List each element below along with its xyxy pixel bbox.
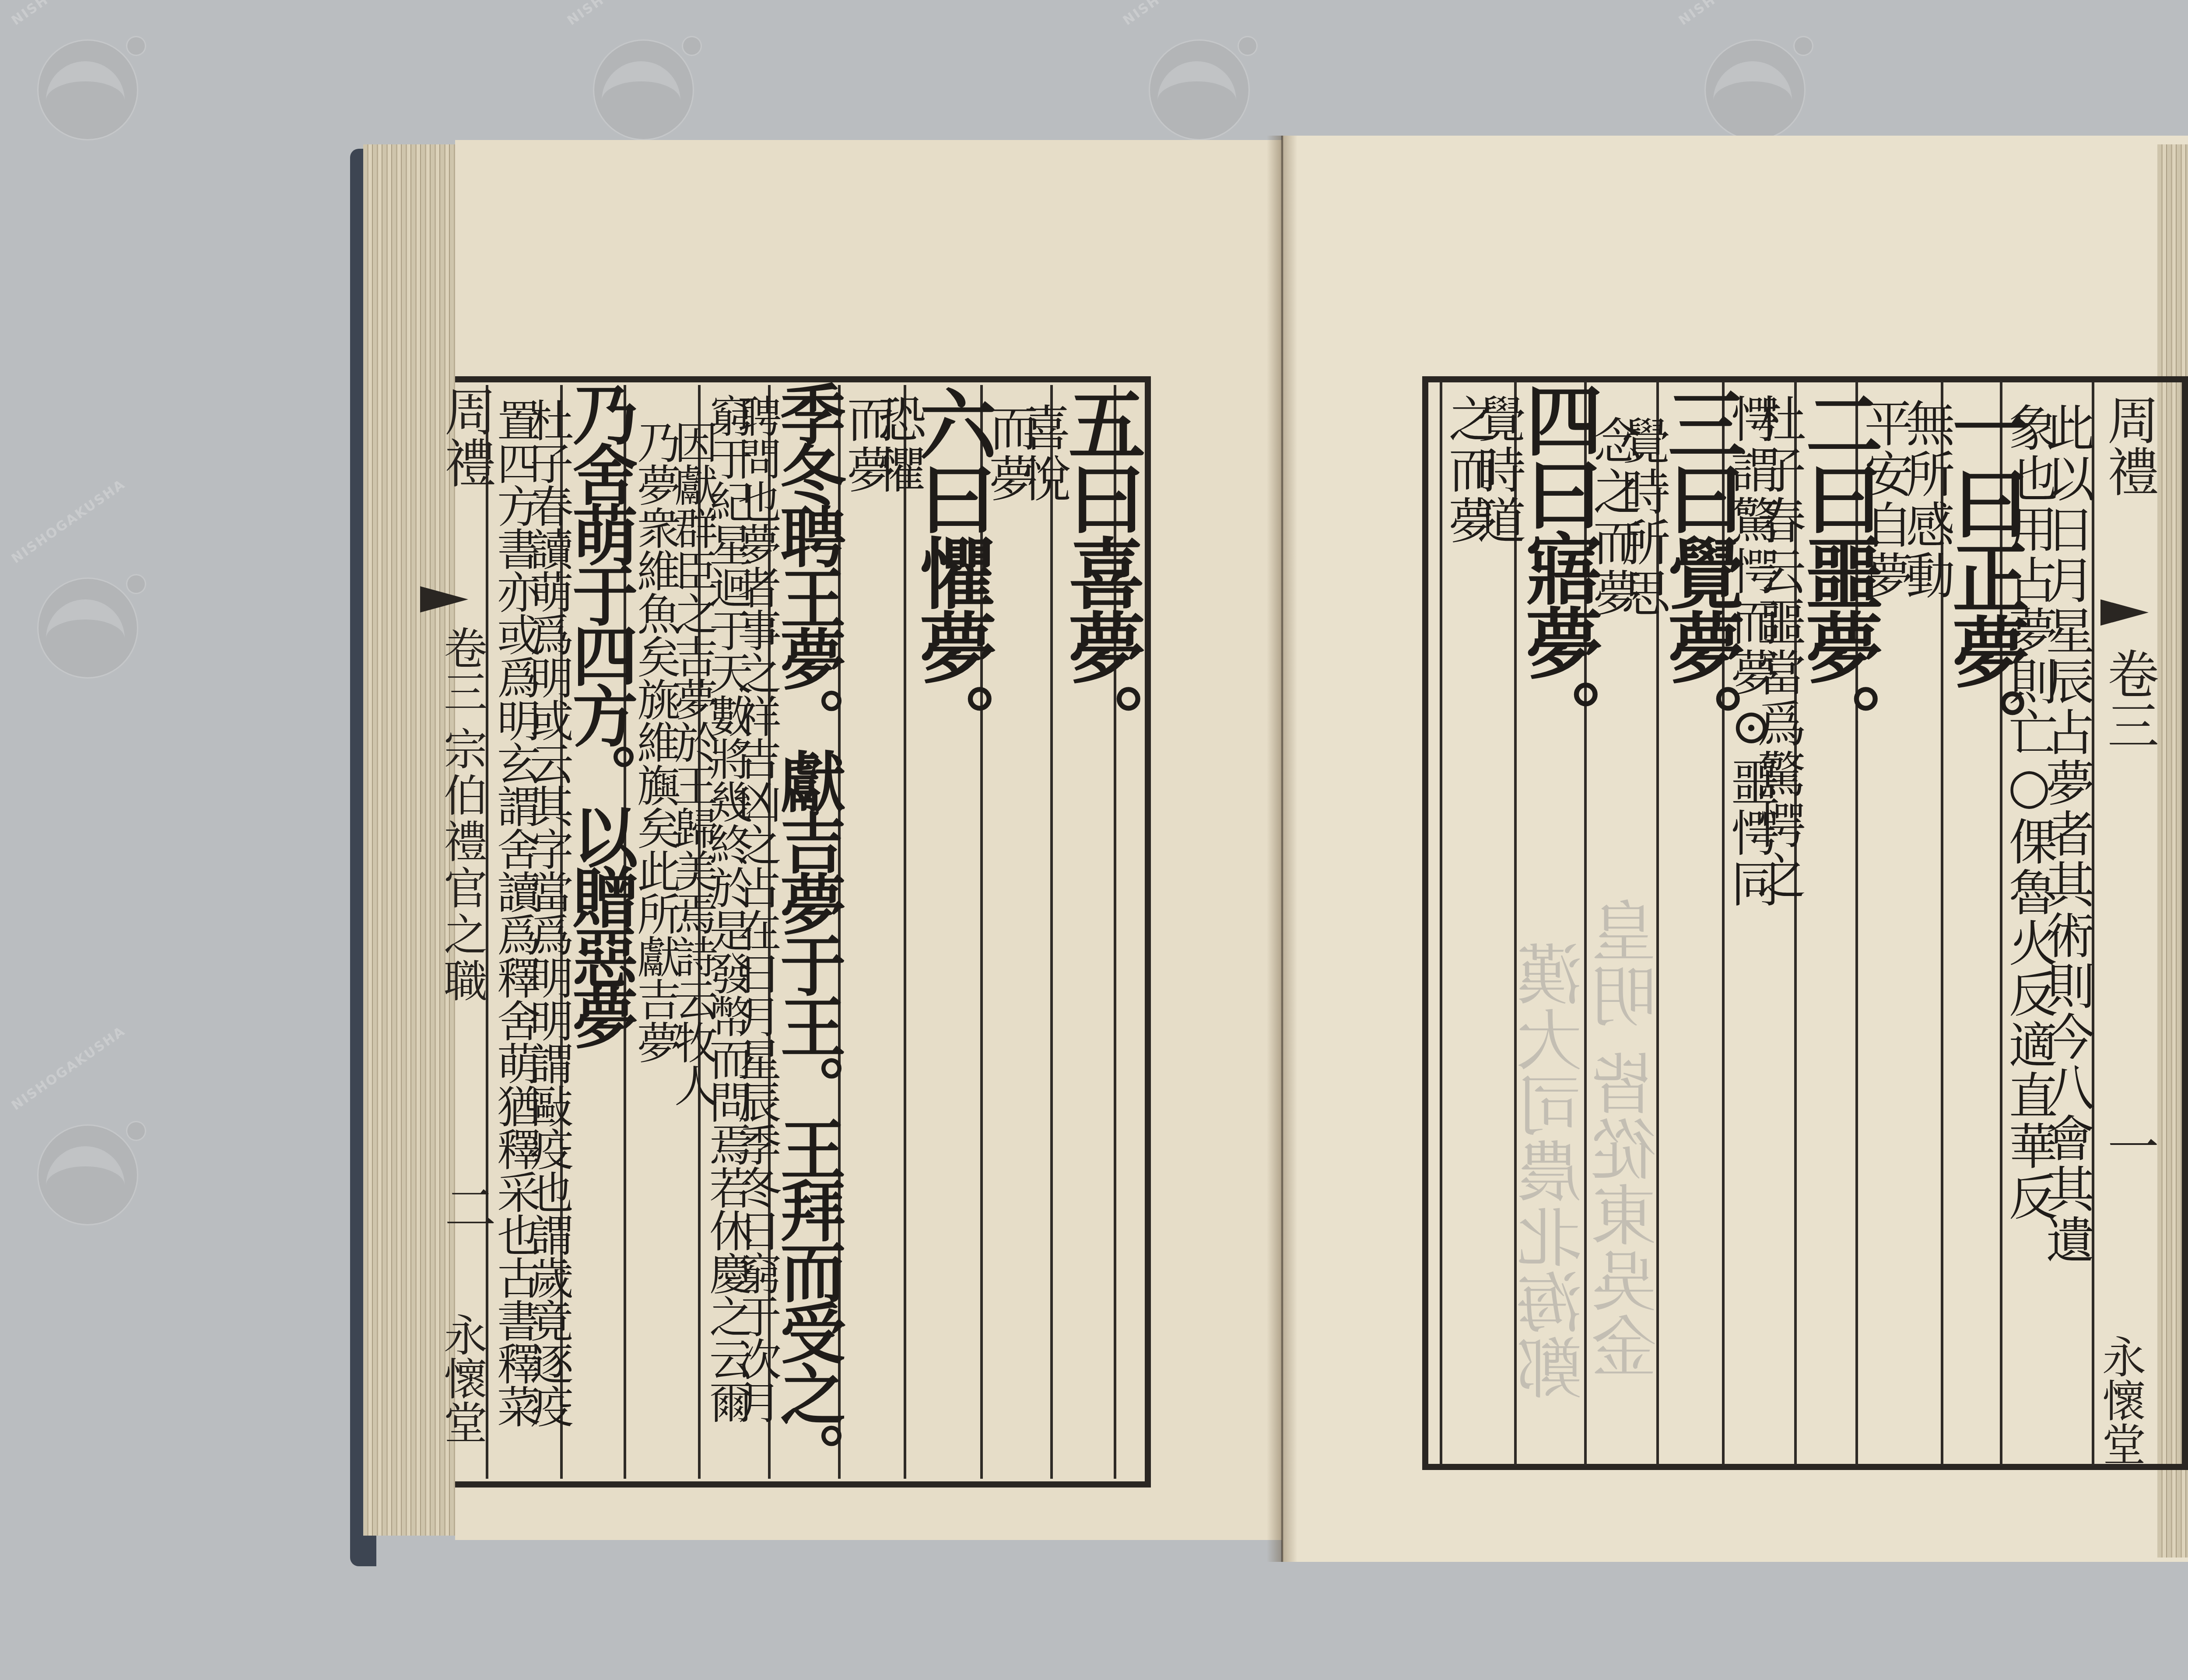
main-text-column: 二曰噩夢。 [1796, 385, 1879, 757]
annotation-line: 置四方書亦或爲明玄謂舍讀爲釋舍萌猶釋采也古書釋菜 [488, 398, 542, 1427]
bleed-through-text: 皇明 [1593, 897, 1667, 1028]
bleed-through-text: 漢大司農北海鄭 [1518, 941, 1593, 1400]
spine-gutter [1267, 136, 1297, 1562]
fishtail-mark-icon [2100, 599, 2149, 626]
nishogakusha-logo-icon: NISHOGAKUSHA [13, 1094, 144, 1225]
main-text-column: 乃舍萌于四方。以贈惡夢 [565, 381, 635, 1045]
main-text-column: 四曰寤夢。 [1516, 381, 1599, 752]
nishogakusha-logo-icon: NISHOGAKUSHA [1680, 9, 1812, 140]
bleed-through-text: 皆從東吳金 [1593, 1050, 1667, 1378]
annotation-line: 之而夢 [1442, 394, 1496, 546]
fishtail-mark-icon [420, 586, 468, 612]
left-section-label: 宗伯禮官之職 [438, 726, 486, 1004]
column-divider [1050, 385, 1053, 1479]
main-text-column: 季冬聘王夢。獻吉夢于王。王拜而受之。 [772, 381, 842, 1483]
column-divider [904, 385, 906, 1479]
nishogakusha-logo-icon: NISHOGAKUSHA [569, 9, 700, 140]
left-publisher: 永懷堂 [438, 1312, 486, 1444]
nishogakusha-logo-icon: NISHOGAKUSHA [13, 9, 144, 140]
right-volume-label: 卷三 [2100, 647, 2157, 751]
left-page-number: 二 [438, 1181, 494, 1233]
right-margin-title: 周禮 [2100, 394, 2157, 497]
right-publisher: 永懷堂 [2096, 1334, 2144, 1466]
main-text-column: 一曰正夢。 [1943, 389, 2026, 761]
left-margin-title: 周禮 [438, 385, 494, 488]
right-page-number: 一 [2100, 1120, 2157, 1172]
left-volume-label: 卷三 [438, 626, 486, 713]
main-text-column: 三曰覺夢。 [1659, 385, 1742, 757]
nishogakusha-logo-icon: NISHOGAKUSHA [13, 547, 144, 678]
annotation-line: 而夢 [840, 394, 894, 495]
main-text-column: 五曰喜夢。 [1059, 385, 1142, 757]
nishogakusha-logo-icon: NISHOGAKUSHA [1125, 9, 1256, 140]
